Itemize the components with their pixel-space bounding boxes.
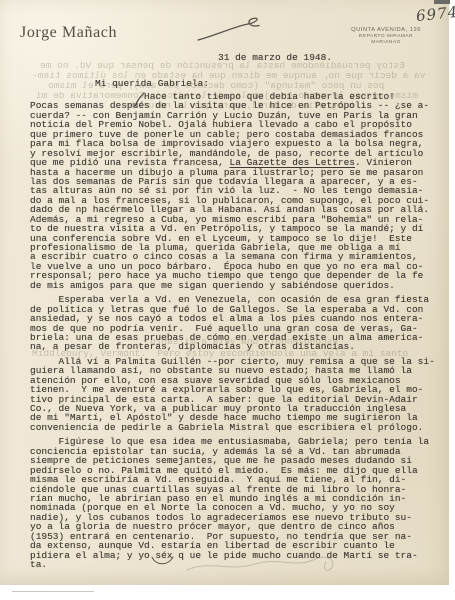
letter-line: de mis amigos para que me sigan queriend… xyxy=(30,281,436,290)
paper: Jorge Mañach QUINTA AVENIDA, 126 REPARTO… xyxy=(0,0,449,585)
letter-paragraph: Allá ví a Palmita Guillén --por cierto, … xyxy=(30,357,436,433)
letterhead-address-line: QUINTA AVENIDA, 126 xyxy=(332,27,440,34)
scan-edge-artifact xyxy=(434,0,450,4)
bleedthrough-text: biografía de Martí, para que la recuerde… xyxy=(120,101,354,110)
handwritten-flourish-mark xyxy=(196,15,268,45)
proofreader-join-mark xyxy=(150,556,176,568)
letterhead-address: QUINTA AVENIDA, 126 REPARTO MIRAMAR MARI… xyxy=(332,27,440,46)
letterhead-name: Jorge Mañach xyxy=(20,24,117,42)
archive-number: 6974 xyxy=(415,3,455,25)
bleedthrough-text: Middlebury, Vermont. Pero estoy escondié… xyxy=(32,349,408,358)
scan-edge-line xyxy=(12,591,94,592)
letter-line: conveniencia de pedirle a Gabriela Mistr… xyxy=(30,423,436,432)
letter-paragraph: Hace tanto tiempo que debía haberla escr… xyxy=(30,92,436,290)
bleedthrough-text: escondiéndole una vela a mi santo xyxy=(150,337,338,346)
letterhead-address-line: MARIANAO xyxy=(332,40,440,46)
scanned-letter: Jorge Mañach QUINTA AVENIDA, 126 REPARTO… xyxy=(0,0,455,600)
letter-body: Hace tanto tiempo que debía haberla escr… xyxy=(30,92,436,569)
pencil-scribble xyxy=(185,550,350,580)
